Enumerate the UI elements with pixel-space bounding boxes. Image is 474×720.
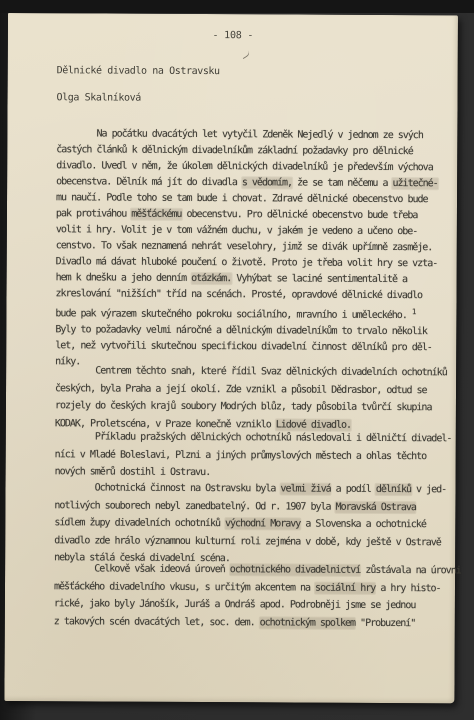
text-line: bude pak výrazem skutečného pokroku soci… <box>55 302 447 324</box>
text-line: let, než vytvořili skutečnou specifickou… <box>55 338 447 356</box>
text-run: častých článků k dělnickým divadelníkům … <box>56 144 413 157</box>
text-run: zůstávala na úrovni <box>360 565 460 577</box>
scanned-document-view: - 108 - Dělnické divadlo na Ostravsku Ol… <box>0 0 474 720</box>
scan-highlight: s vědomím, <box>242 177 292 188</box>
scan-highlight: měšťáckému <box>131 209 181 220</box>
text-run: mu naučí. Podle toho se tam bude i chova… <box>56 192 428 205</box>
text-line: Celkově však ideová úroveň ochotnického … <box>54 560 446 580</box>
paragraph: Centrem těchto snah, které řídil Svaz dě… <box>55 362 447 434</box>
scan-highlight: Moravská Ostrava <box>336 501 416 512</box>
text-line: Příkladu pražských dělnických ochotníků … <box>55 428 447 448</box>
document-body: Na počátku dvacátých let vytyčil Zdeněk … <box>4 13 458 703</box>
text-line: sídlem župy divadelních ochotníků východ… <box>54 514 446 534</box>
text-run: měšťáckého divadelního vkusu, s určitým … <box>54 581 315 593</box>
paragraph: Příkladu pražských dělnických ochotníků … <box>55 428 447 483</box>
text-run: rozjely do českých krajů soubory Modrých… <box>55 400 432 413</box>
text-run: let, než vytvořili skutečnou specifickou… <box>55 340 432 353</box>
text-run: notlivých souborech nebyl zanedbatelný. … <box>54 500 335 512</box>
text-run: divadlo. Uvedl v něm, že úkolem dělnický… <box>56 160 433 173</box>
text-run: českých, byla Praha a její okolí. Zde vz… <box>55 383 427 396</box>
text-run: pak protiváhou <box>56 208 131 219</box>
text-run: a Slovenska a ochotnické <box>300 519 426 531</box>
text-run: hem k dnešku a jeho denním <box>56 272 192 284</box>
text-run: a hry histo- <box>375 582 440 593</box>
text-line: notlivých souborech nebyl zanedbatelný. … <box>54 497 446 517</box>
text-line: divadlo zde hrálo významnou kulturní rol… <box>54 532 446 552</box>
scan-highlight: ochotnického divadelnictví <box>230 564 361 576</box>
text-run: níci v Mladé Boleslavi, Plzni a jiných p… <box>55 449 427 462</box>
text-run: divadlo zde hrálo významnou kulturní rol… <box>54 535 441 548</box>
text-run: sídlem župy divadelních ochotníků <box>54 517 225 529</box>
text-run: Divadlo má dávat hluboké poučení o život… <box>56 256 438 269</box>
text-line: Ochotnická činnost na Ostravsku byla vel… <box>54 479 446 499</box>
text-line: Centrem těchto snah, které řídil Svaz dě… <box>55 362 447 382</box>
text-run: volit i hry. Volit je v tom vážném duchu… <box>56 224 418 237</box>
paragraph: Ochotnická činnost na Ostravsku byla vel… <box>54 479 446 569</box>
text-line: měšťáckého divadelního vkusu, s určitým … <box>54 578 446 598</box>
text-run: rické, jako byly Jánošík, Juráš a Ondráš… <box>54 598 416 611</box>
text-run: zkreslování "nižších" tříd na scénách. P… <box>56 288 423 301</box>
text-run: a podíl <box>331 484 376 495</box>
text-run: Vyhýbat se laciné sentimentalitě a <box>231 273 407 285</box>
text-run: Ochotnická činnost na Ostravsku byla <box>54 482 280 494</box>
text-run: v jed- <box>411 484 446 495</box>
text-run: Centrem těchto snah, které řídil Svaz dě… <box>55 365 447 378</box>
paragraph: Na počátku dvacátých let vytyčil Zdeněk … <box>55 126 448 372</box>
text-run: Celkově však ideová úroveň <box>54 563 230 575</box>
text-run: Na počátku dvacátých let vytyčil Zdeněk … <box>56 128 423 141</box>
footnote-ref: 1 <box>412 307 417 316</box>
text-run: bude pak výrazem skutečného pokroku soci… <box>55 308 412 321</box>
text-run: nových směrů dostihl i Ostravu. <box>55 466 211 478</box>
text-line: rické, jako byly Jánošík, Juráš a Ondráš… <box>54 595 446 615</box>
scan-highlight: dělníků <box>376 484 411 495</box>
text-line: českých, byla Praha a její okolí. Zde vz… <box>55 380 447 400</box>
scan-highlight: užitečné- <box>392 178 437 189</box>
text-run: Příkladu pražských dělnických ochotníků … <box>55 431 452 444</box>
text-line: rozjely do českých krajů soubory Modrých… <box>55 397 447 417</box>
text-run: "Probuzení" <box>355 617 415 628</box>
text-run: že se tam něčemu a <box>292 177 392 189</box>
text-line: z takových scén dvacátých let, soc. dem.… <box>54 613 446 633</box>
scan-highlight: ochotnickým spolkem <box>260 617 355 628</box>
text-run: Byly to požadavky velmi náročné a dělnic… <box>55 324 427 337</box>
text-line: níci v Mladé Boleslavi, Plzni a jiných p… <box>55 446 447 466</box>
scan-highlight: otázkám. <box>191 273 231 284</box>
text-run: z takových scén dvacátých let, soc. dem. <box>54 616 260 628</box>
document-page: - 108 - Dělnické divadlo na Ostravsku Ol… <box>4 13 458 703</box>
text-run: obecenstva. Dělník má jít do divadla <box>56 176 242 188</box>
paragraph: Celkově však ideová úroveň ochotnického … <box>54 560 446 632</box>
scan-highlight: východní Moravy <box>225 518 300 529</box>
scan-highlight: sociální hry <box>315 582 375 593</box>
text-run: censtvo. To však neznamená nehrát veselo… <box>56 240 433 253</box>
scan-highlight: velmi živá <box>280 483 330 494</box>
text-run: obecenstvu. Pro dělnické obecenstvo bude… <box>181 209 417 221</box>
